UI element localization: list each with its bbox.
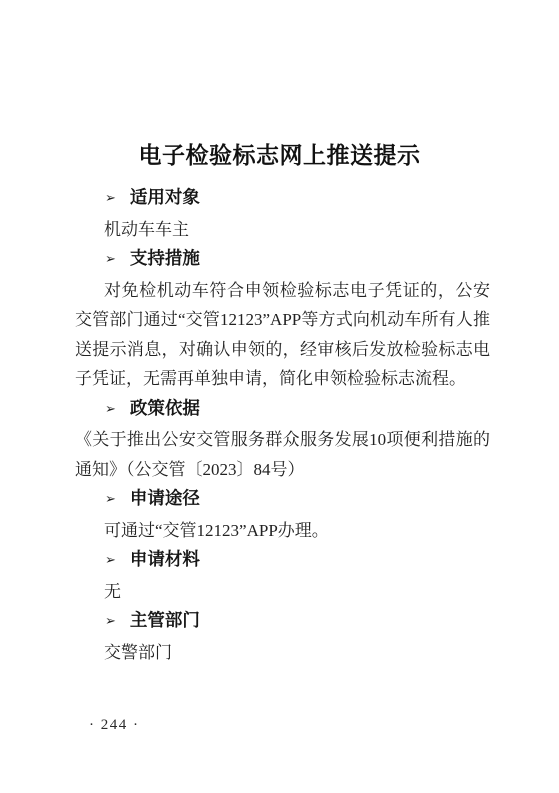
section-heading-text: 申请途径: [130, 488, 200, 508]
section-body-text: 交警部门: [75, 638, 490, 668]
arrow-bullet-icon: ➢: [105, 395, 116, 425]
section-competent-department: ➢主管部门 交警部门: [75, 606, 490, 667]
section-heading-text: 申请材料: [130, 549, 200, 569]
section-heading: ➢主管部门: [75, 606, 490, 638]
arrow-bullet-icon: ➢: [105, 184, 116, 214]
section-heading: ➢适用对象: [75, 183, 490, 215]
section-heading: ➢政策依据: [75, 394, 490, 426]
section-heading-text: 适用对象: [130, 187, 200, 207]
section-body-text: 对免检机动车符合申领检验标志电子凭证的，公安交管部门通过“交管12123”APP…: [75, 276, 490, 394]
page-title: 电子检验标志网上推送提示: [0, 137, 559, 170]
section-heading-text: 主管部门: [130, 610, 200, 630]
section-heading-text: 支持措施: [130, 248, 200, 268]
section-heading: ➢申请材料: [75, 545, 490, 577]
section-support-measures: ➢支持措施 对免检机动车符合申领检验标志电子凭证的，公安交管部门通过“交管121…: [75, 244, 490, 394]
section-heading: ➢支持措施: [75, 244, 490, 276]
page-number: · 244 ·: [89, 717, 140, 734]
section-heading: ➢申请途径: [75, 484, 490, 516]
document-page: 电子检验标志网上推送提示 ➢适用对象 机动车车主 ➢支持措施 对免检机动车符合申…: [0, 0, 559, 793]
section-body-text: 无: [75, 577, 490, 607]
arrow-bullet-icon: ➢: [105, 546, 116, 576]
section-application-channel: ➢申请途径 可通过“交管12123”APP办理。: [75, 484, 490, 545]
section-body-text: 可通过“交管12123”APP办理。: [75, 516, 490, 546]
section-application-materials: ➢申请材料 无: [75, 545, 490, 606]
section-heading-text: 政策依据: [130, 398, 200, 418]
section-body-text: 《关于推出公安交管服务群众服务发展10项便利措施的通知》（公交管〔2023〕84…: [75, 425, 490, 484]
section-body-text: 机动车车主: [75, 215, 490, 245]
arrow-bullet-icon: ➢: [105, 245, 116, 275]
arrow-bullet-icon: ➢: [105, 607, 116, 637]
document-body: ➢适用对象 机动车车主 ➢支持措施 对免检机动车符合申领检验标志电子凭证的，公安…: [75, 183, 490, 667]
arrow-bullet-icon: ➢: [105, 485, 116, 515]
section-policy-basis: ➢政策依据 《关于推出公安交管服务群众服务发展10项便利措施的通知》（公交管〔2…: [75, 394, 490, 485]
section-applicable-target: ➢适用对象 机动车车主: [75, 183, 490, 244]
